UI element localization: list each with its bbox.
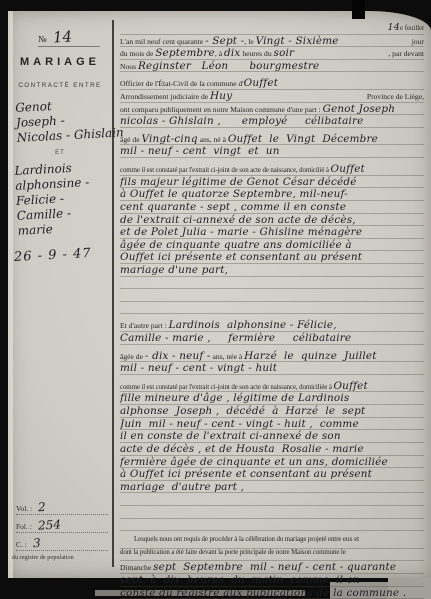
handwritten-text: Ouffet le Vingt Décembre [228, 133, 378, 145]
blank-ruled-line [120, 506, 424, 519]
form-line: âgée de - dix - neuf - ans, née à Harzé … [120, 350, 424, 363]
handwritten-text: il en conste de l'extrait ci-annexé de s… [120, 430, 341, 442]
registry-case: C. : 3 [16, 536, 108, 551]
register-photo: № 14 MARIAGE CONTRACTÉ ENTRE Genot Josep… [0, 0, 431, 599]
form-line: Dimanche sept Septembre mil - neuf - cen… [120, 561, 424, 574]
registry-folio: Fol. : 254 [16, 518, 108, 533]
handwritten-text: mil - neuf - cent vingt et un [120, 145, 280, 157]
form-line: et de Polet Julia - marie - Ghisline mén… [120, 226, 424, 239]
form-line: sept à dix heures du matin comme il en [120, 574, 424, 587]
form-line: cent quarante - sept , comme il en const… [120, 201, 424, 214]
form-line: du mois de Septembre, à dix heures du so… [120, 47, 424, 60]
printed-text: ont comparu publiquement en notre Maison… [120, 105, 323, 114]
handwritten-text: sept à dix heures du matin comme il en [120, 574, 360, 586]
spouse1-name: Genot Joseph - Nicolas - Ghislain [15, 95, 127, 146]
printed-text: jour [412, 37, 424, 46]
form-line: âgée de cinquante quatre ans domiciliée … [120, 239, 424, 252]
handwritten-text: Camille - marie , fermière célibataire [120, 332, 351, 344]
handwritten-text: Reginster Léon bourgmestre [138, 60, 319, 72]
handwritten-text: Vingt - Sixième [256, 35, 339, 47]
handwritten-text: 14 [388, 22, 401, 33]
blank-ruled-line [120, 277, 424, 290]
act-number-label: № [38, 34, 47, 44]
registry-folio-label: Fol. : [16, 522, 32, 531]
handwritten-text: mariage d'une part, [120, 264, 228, 276]
form-line: fermière âgée de cinquante et un ans, do… [120, 456, 424, 469]
form-line: âgé de Vingt-cinq ans, né à Ouffet le Vi… [120, 133, 424, 146]
printed-text: comme il est constaté par l'extrait ci-j… [120, 167, 331, 174]
printed-text: Et d'autre part : [120, 321, 169, 330]
page-left-edge [8, 11, 13, 578]
handwritten-text: âgée de cinquante quatre ans domiciliée … [120, 239, 352, 251]
handwritten-text: fermière âgée de cinquante et un ans, do… [120, 456, 388, 468]
printed-text: comme il est constaté par l'extrait ci-j… [120, 384, 333, 391]
handwritten-text: Genot Joseph [323, 103, 396, 115]
handwritten-text: nicolas - Ghislain , employé célibataire [120, 115, 364, 127]
handwritten-text: fille mineure d'âge , légitime de Lardin… [120, 392, 349, 404]
printed-text: Arrondissement judiciaire de [120, 92, 210, 101]
act-number: № 14 [38, 28, 100, 47]
printed-text: Province de Liège, [367, 92, 424, 101]
handwritten-text: fils majeur légitime de Genot César décé… [120, 176, 357, 188]
printed-text: e feuillet [400, 25, 424, 32]
handwritten-text: à Ouffet le quatorze Septembre, mil-neuf… [120, 188, 348, 200]
printed-text: , par devant [388, 49, 424, 58]
printed-text: ans, né à [198, 135, 228, 144]
registry-volume: Vol. : 2 [16, 500, 108, 515]
registry-volume-value: 2 [38, 500, 46, 514]
printed-text: , le [244, 37, 255, 46]
blank-ruled-line [120, 519, 424, 532]
handwritten-text: mil - neuf - cent - vingt - huit [120, 362, 277, 374]
form-line: il en conste de l'extrait ci-annexé de s… [120, 430, 424, 443]
form-line: Juin mil - neuf - cent - vingt - huit , … [120, 418, 424, 431]
handwritten-text: Harzé le quinze Juillet [244, 350, 376, 362]
handwritten-text: Vingt-cinq [142, 133, 198, 145]
form-line: mariage d'une part, [120, 264, 424, 277]
form-line: Et d'autre part : Lardinois alphonsine -… [120, 319, 424, 332]
form-line: mil - neuf - cent - vingt - huit [120, 362, 424, 375]
registry-folio-value: 254 [37, 517, 61, 532]
form-line: dont la publication a été faite devant l… [120, 549, 424, 562]
spouse2-name: Lardinois alphonsine - Felicie - Camille… [14, 158, 128, 239]
form-line: Arrondissement judiciaire de HuyProvince… [120, 90, 424, 103]
printed-text: Lesquels nous ont requis de procéder à l… [134, 536, 359, 543]
form-line: conste du registre aux publications de l… [120, 587, 424, 599]
registry-volume-label: Vol. : [16, 504, 32, 513]
printed-text: L'an mil neuf cent quarante [120, 37, 205, 46]
form-line: mariage d'autre part , [120, 481, 424, 494]
form-line: Ouffet ici présente et consentant au pré… [120, 251, 424, 264]
printed-text: , à [215, 49, 224, 58]
blank-ruled-line [120, 302, 424, 315]
registry-case-label: C. : [16, 540, 27, 549]
handwritten-text: conste du registre aux publications de l… [120, 587, 406, 599]
form-line: fils majeur légitime de Genot César décé… [120, 176, 424, 189]
handwritten-text: acte de décès , et de Housta Rosalie - m… [120, 443, 364, 455]
form-line: acte de décès , et de Housta Rosalie - m… [120, 443, 424, 456]
handwritten-text: - Sept - [205, 35, 244, 47]
form-line: fille mineure d'âge , légitime de Lardin… [120, 392, 424, 405]
printed-text: ans, née à [211, 352, 245, 361]
registry-case-value: 3 [32, 536, 40, 550]
handwritten-text: cent quarante - sept , comme il en const… [120, 201, 346, 213]
form-line: Camille - marie , fermière célibataire [120, 332, 424, 345]
form-line: nicolas - Ghislain , employé célibataire [120, 115, 424, 128]
form-line: Nous Reginster Léon bourgmestre [120, 60, 424, 73]
handwritten-text: Ouffet [333, 380, 367, 392]
handwritten-text: à Ouffet ici présente et consentant au p… [120, 468, 372, 480]
form-line: ont comparu publiquement en notre Maison… [120, 103, 424, 116]
handwritten-text: Ouffet ici présente et consentant au pré… [120, 251, 362, 263]
printed-text: âgée de [120, 352, 145, 361]
handwritten-text: mariage d'autre part , [120, 481, 244, 493]
handwritten-text: soir [274, 47, 295, 59]
handwritten-text: - dix - neuf - [145, 350, 211, 362]
printed-text: âgé de [120, 135, 142, 144]
printed-text: heures du [240, 49, 273, 58]
handwritten-text: Septembre [155, 47, 215, 59]
form-line: mil - neuf - cent vingt et un [120, 145, 424, 158]
printed-text: Nous [120, 62, 138, 71]
form-line: Lesquels nous ont requis de procéder à l… [120, 536, 424, 549]
act-body: 14e feuilletL'an mil neuf cent quarante … [120, 22, 424, 599]
form-line: comme il est constaté par l'extrait ci-j… [120, 380, 424, 393]
form-line: à Ouffet ici présente et consentant au p… [120, 468, 424, 481]
handwritten-text: et de Polet Julia - marie - Ghisline mén… [120, 226, 362, 238]
registry-note: du registre de population [12, 554, 112, 561]
form-line: alphonse Joseph , décédé à Harzé le sept [120, 405, 424, 418]
handwritten-text: Juin mil - neuf - cent - vingt - huit , … [120, 418, 359, 430]
printed-text: Dimanche [120, 563, 153, 572]
act-number-value: 14 [52, 27, 72, 46]
printed-text: du mois de [120, 49, 155, 58]
act-type-subtitle: CONTRACTÉ ENTRE [10, 82, 110, 89]
handwritten-text: Lardinois alphonsine - Félicie, [169, 319, 337, 331]
handwritten-text: Ouffet [244, 77, 278, 89]
form-line: 14e feuillet [120, 22, 424, 35]
form-line: comme il est constaté par l'extrait ci-j… [120, 163, 424, 176]
blank-ruled-line [120, 289, 424, 302]
handwritten-text: alphonse Joseph , décédé à Harzé le sept [120, 405, 365, 417]
form-line: de l'extrait ci-annexé de son acte de dé… [120, 214, 424, 227]
printed-text: dont la publication a été faite devant l… [120, 549, 346, 556]
handwritten-text: dix [224, 47, 240, 59]
handwritten-text: Ouffet [331, 163, 365, 175]
handwritten-text: sept Septembre mil - neuf - cent - quara… [153, 561, 396, 573]
form-line: L'an mil neuf cent quarante - Sept -, le… [120, 35, 424, 48]
blank-ruled-line [120, 493, 424, 506]
printed-text: Officier de l'État-Civil de la commune d… [120, 79, 244, 88]
form-line: Officier de l'État-Civil de la commune d… [120, 77, 424, 90]
between-label: ET [10, 150, 110, 156]
photo-artifact [352, 0, 365, 19]
act-type-title: MARIAGE [10, 56, 110, 68]
form-line: à Ouffet le quatorze Septembre, mil-neuf… [120, 188, 424, 201]
handwritten-text: de l'extrait ci-annexé de son acte de dé… [120, 214, 356, 226]
handwritten-text: Huy [210, 90, 232, 102]
